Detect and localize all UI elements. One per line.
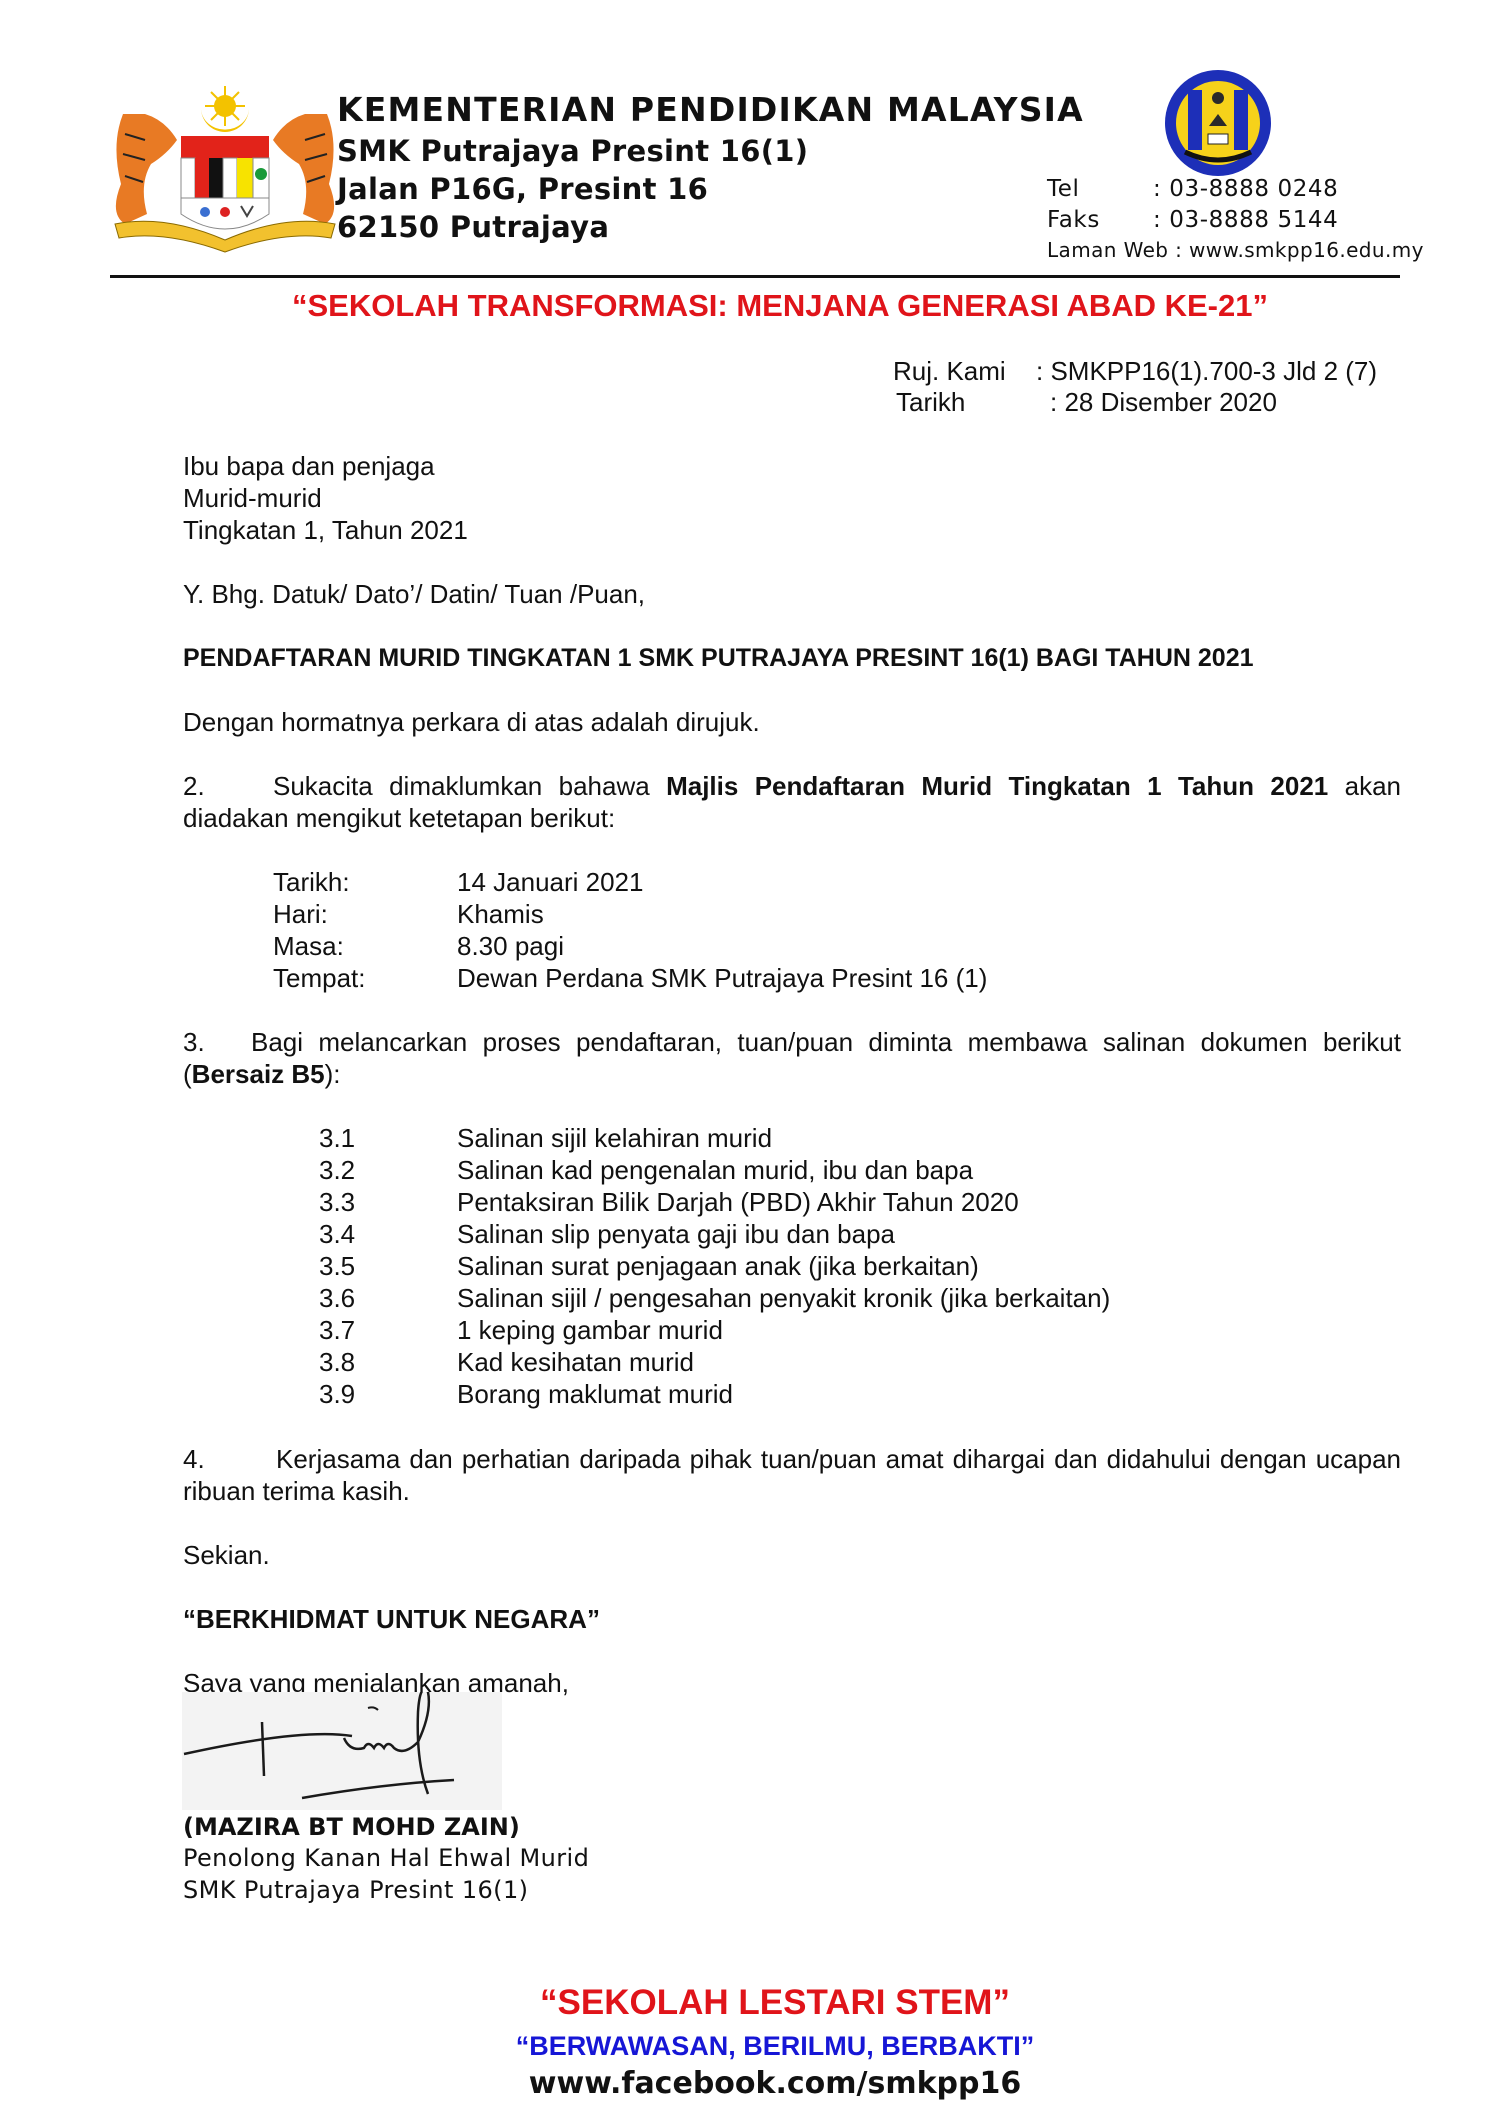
signatory-school: SMK Putrajaya Presint 16(1) [183, 1874, 528, 1906]
tel-label: Tel [1047, 176, 1079, 202]
signatory-name: (MAZIRA BT MOHD ZAIN) [183, 1811, 520, 1843]
header-divider [110, 275, 1400, 278]
facebook-link[interactable]: www.facebook.com/smkpp16 [0, 2066, 1500, 2101]
para3-bold: Bersaiz B5 [192, 1059, 325, 1089]
document-item: Salinan sijil kelahiran murid [457, 1122, 772, 1154]
recipient-line-1: Ibu bapa dan penjaga [183, 450, 435, 482]
document-item: Salinan slip penyata gaji ibu dan bapa [457, 1218, 895, 1250]
para2-number: 2. [183, 770, 273, 802]
document-item-number: 3.4 [319, 1218, 355, 1250]
footer-motto-red: “SEKOLAH LESTARI STEM” [0, 1983, 1500, 2023]
document-item-number: 3.3 [319, 1186, 355, 1218]
document-item-number: 3.6 [319, 1282, 355, 1314]
fax-value: : 03-8888 5144 [1153, 207, 1338, 233]
document-item-number: 3.7 [319, 1314, 355, 1346]
document-item-number: 3.1 [319, 1122, 355, 1154]
paragraph-2: 2.Sukacita dimaklumkan bahawa Majlis Pen… [183, 770, 1401, 834]
date-value: : 28 Disember 2020 [1050, 387, 1277, 418]
address-line-2: 62150 Putrajaya [337, 210, 609, 244]
document-item: Salinan surat penjagaan anak (jika berka… [457, 1250, 979, 1282]
schedule-venue-value: Dewan Perdana SMK Putrajaya Presint 16 (… [457, 962, 987, 994]
schedule-time-label: Masa: [273, 930, 344, 962]
document-item-number: 3.2 [319, 1154, 355, 1186]
signature-image [182, 1692, 502, 1810]
school-tagline: “SEKOLAH TRANSFORMASI: MENJANA GENERASI … [0, 288, 1500, 324]
document-item-number: 3.9 [319, 1378, 355, 1410]
para3-text-end: ): [325, 1059, 341, 1089]
document-item: Salinan sijil / pengesahan penyakit kron… [457, 1282, 1110, 1314]
ref-label: Ruj. Kami [893, 356, 1006, 387]
schedule-date-label: Tarikh: [273, 866, 350, 898]
ministry-name: KEMENTERIAN PENDIDIKAN MALAYSIA [337, 90, 1084, 129]
ref-value: : SMKPP16(1).700-3 Jld 2 (7) [1036, 356, 1377, 387]
schedule-time-value: 8.30 pagi [457, 930, 564, 962]
document-item-number: 3.5 [319, 1250, 355, 1282]
recipient-line-3: Tingkatan 1, Tahun 2021 [183, 514, 468, 546]
document-item: Kad kesihatan murid [457, 1346, 694, 1378]
schedule-day-label: Hari: [273, 898, 328, 930]
footer-motto-blue: “BERWAWASAN, BERILMU, BERBAKTI” [0, 2031, 1500, 2062]
salutation: Y. Bhg. Datuk/ Dato’/ Datin/ Tuan /Puan, [183, 578, 645, 610]
website-link[interactable]: Laman Web : www.smkpp16.edu.my [1047, 238, 1424, 262]
date-label: Tarikh [896, 387, 965, 418]
address-line-1: Jalan P16G, Presint 16 [337, 172, 708, 206]
tel-value: : 03-8888 0248 [1153, 176, 1338, 202]
recipient-line-2: Murid-murid [183, 482, 322, 514]
document-item: Salinan kad pengenalan murid, ibu dan ba… [457, 1154, 973, 1186]
document-item: 1 keping gambar murid [457, 1314, 723, 1346]
school-name: SMK Putrajaya Presint 16(1) [337, 134, 808, 168]
school-logo-icon [1163, 68, 1273, 178]
schedule-day-value: Khamis [457, 898, 544, 930]
para3-number: 3. [183, 1026, 251, 1058]
fax-label: Faks [1047, 207, 1100, 233]
signatory-title: Penolong Kanan Hal Ehwal Murid [183, 1842, 589, 1874]
schedule-date-value: 14 Januari 2021 [457, 866, 643, 898]
schedule-venue-label: Tempat: [273, 962, 366, 994]
malaysia-crest-icon [105, 84, 345, 254]
document-item: Borang maklumat murid [457, 1378, 733, 1410]
opening-line: Dengan hormatnya perkara di atas adalah … [183, 706, 760, 738]
para4-text: Kerjasama dan perhatian daripada pihak t… [183, 1444, 1401, 1506]
para4-number: 4. [183, 1443, 276, 1475]
document-item: Pentaksiran Bilik Darjah (PBD) Akhir Tah… [457, 1186, 1019, 1218]
paragraph-4: 4.Kerjasama dan perhatian daripada pihak… [183, 1443, 1401, 1507]
closing: Sekian. [183, 1539, 270, 1571]
service-slogan: “BERKHIDMAT UNTUK NEGARA” [183, 1603, 600, 1635]
paragraph-3: 3.Bagi melancarkan proses pendaftaran, t… [183, 1026, 1401, 1090]
para2-text: Sukacita dimaklumkan bahawa [273, 771, 666, 801]
para2-bold: Majlis Pendaftaran Murid Tingkatan 1 Tah… [666, 771, 1328, 801]
document-item-number: 3.8 [319, 1346, 355, 1378]
para3-text: Bagi melancarkan proses pendaftaran, tua… [183, 1027, 1401, 1089]
letter-subject: PENDAFTARAN MURID TINGKATAN 1 SMK PUTRAJ… [183, 642, 1254, 674]
